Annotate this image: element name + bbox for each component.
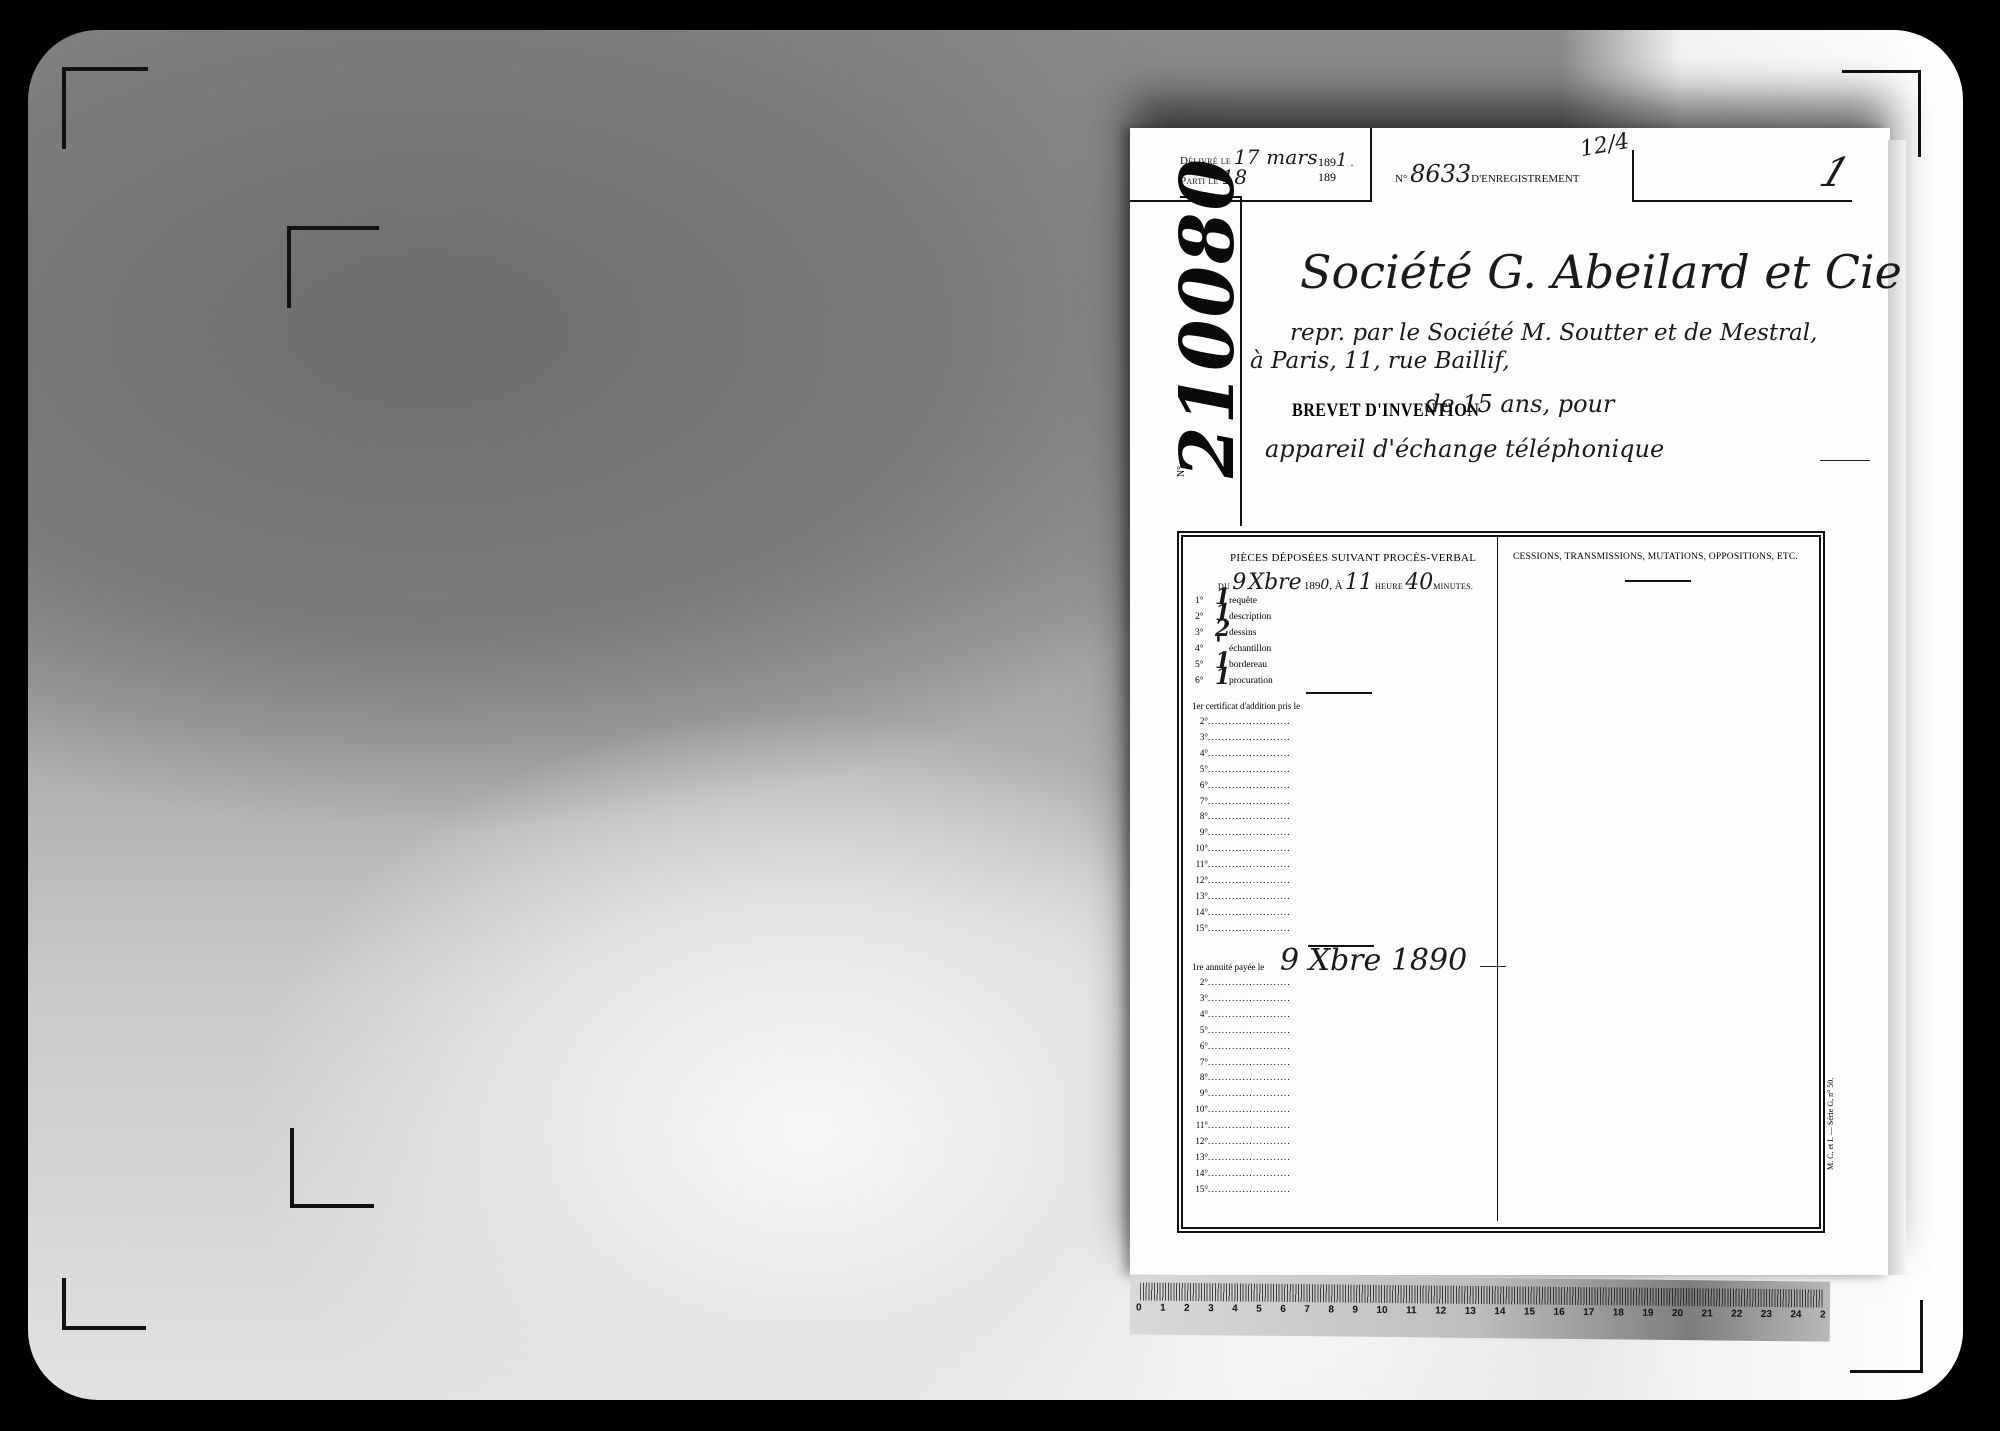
representative-line: repr. par le Société M. Soutter et de Me… [1290, 320, 1817, 346]
dotted-row: 3°........................ [1190, 732, 1291, 742]
ruler-label: 14 [1494, 1306, 1505, 1322]
registration-line: N° 8633D'ENREGISTREMENT [1395, 160, 1579, 188]
duration: de 15 ans, pour [1425, 390, 1614, 418]
ruler-label: 13 [1465, 1306, 1476, 1322]
dotted-row: 4°........................ [1190, 748, 1291, 758]
deposit-day: 9 [1232, 570, 1246, 595]
dotted-row: 12°........................ [1190, 875, 1291, 885]
invention-object: appareil d'échange téléphonique [1265, 435, 1664, 463]
piece-item: 3°2dessins [1195, 628, 1256, 638]
patent-number-prefix: N° [1176, 466, 1187, 477]
address-line: à Paris, 11, rue Baillif, [1250, 348, 1510, 374]
ruler-label: 7 [1304, 1304, 1310, 1320]
holder-name: Société G. Abeilard et Cie [1300, 245, 1902, 299]
dotted-row: 11°........................ [1190, 859, 1291, 869]
crop-mark-bottom-left [62, 1278, 146, 1330]
dotted-row: 13°........................ [1190, 891, 1291, 901]
piece-item: 4°'échantillon [1195, 644, 1271, 654]
crop-mark-inner-bottom-left [290, 1128, 374, 1208]
dotted-row: 7°........................ [1190, 796, 1291, 806]
ruler-label: 19 [1642, 1308, 1653, 1324]
registration-number: 8633 [1410, 160, 1471, 188]
ruler-label: 2 [1184, 1303, 1190, 1319]
pieces-title: PIÈCES DÉPOSÉES SUIVANT PROCÈS-VERBAL [1230, 552, 1476, 564]
deposit-minutes: 40 [1405, 570, 1433, 595]
ruler-label: 9 [1352, 1305, 1358, 1321]
dotted-row: 2°........................ [1190, 977, 1291, 987]
left-year: 189 [1318, 170, 1336, 185]
ruler-label: 10 [1376, 1305, 1387, 1321]
deposit-month: Xbre [1248, 570, 1301, 595]
ruler-label: 4 [1232, 1303, 1238, 1319]
piece-item: 5°1bordereau [1195, 660, 1267, 670]
annuity-first-label: 1re annuité payée le [1192, 962, 1264, 972]
card-edge [1888, 140, 1906, 1275]
ruler-label: 5 [1256, 1304, 1262, 1320]
dotted-row: 3°........................ [1190, 993, 1291, 1003]
dotted-row: 8°........................ [1190, 1072, 1291, 1082]
ruler-label: 22 [1731, 1309, 1742, 1325]
ruler-label: 12 [1435, 1306, 1446, 1322]
cessions-rule [1625, 580, 1691, 582]
dotted-row: 5°........................ [1190, 764, 1291, 774]
pieces-rule [1306, 692, 1372, 694]
deposit-date-line: DU 9 Xbre 1890, À 11 HEURE 40MINUTES. [1218, 570, 1473, 595]
dotted-row: 14°........................ [1190, 1168, 1291, 1178]
ruler-label: 6 [1280, 1304, 1286, 1320]
cessions-title: CESSIONS, TRANSMISSIONS, MUTATIONS, OPPO… [1513, 552, 1798, 562]
measuring-ruler: 0123456789101112131415161718192021222324… [1130, 1274, 1831, 1341]
dotted-row: 5°........................ [1190, 1025, 1291, 1035]
dotted-row: 10°........................ [1190, 843, 1291, 853]
form-reference: M. C. et I. — Série G, n° 50. [1826, 1078, 1835, 1170]
ruler-label: 11 [1406, 1305, 1417, 1321]
ruler-label: 16 [1553, 1307, 1564, 1323]
dotted-row: 15°........................ [1190, 1184, 1291, 1194]
dotted-row: 6°........................ [1190, 1041, 1291, 1051]
dotted-row: 8°........................ [1190, 811, 1291, 821]
patent-number: 210080 [1165, 157, 1251, 478]
dotted-row: 7°........................ [1190, 1057, 1291, 1067]
ruler-label: 0 [1136, 1302, 1142, 1318]
dotted-row: 2°........................ [1190, 716, 1291, 726]
dotted-row: 12°........................ [1190, 1136, 1291, 1146]
ruler-label: 24 [1790, 1309, 1801, 1325]
ruler-label: 2 [1820, 1310, 1826, 1326]
deposit-hour: 11 [1345, 570, 1373, 595]
crop-mark-bottom-right [1850, 1300, 1923, 1373]
dash [1820, 460, 1870, 461]
dotted-row: 10°........................ [1190, 1104, 1291, 1114]
piece-item: 2°1description [1195, 612, 1271, 622]
dotted-row: 6°........................ [1190, 780, 1291, 790]
certificate-first-label: 1er certificat d'addition pris le [1192, 701, 1300, 711]
crop-mark-inner-top-left [287, 226, 379, 308]
column-divider [1497, 537, 1498, 1221]
dotted-row: 14°........................ [1190, 907, 1291, 917]
ruler-label: 23 [1761, 1309, 1772, 1325]
dotted-row: 15°........................ [1190, 923, 1291, 933]
annuity-dash [1480, 966, 1506, 967]
crop-mark-top-left [62, 67, 148, 149]
ruler-label: 1 [1160, 1303, 1166, 1319]
dotted-row: 9°........................ [1190, 1088, 1291, 1098]
dotted-row: 11°........................ [1190, 1120, 1291, 1130]
ruler-label: 15 [1524, 1306, 1535, 1322]
dotted-row: 13°........................ [1190, 1152, 1291, 1162]
dotted-row: 9°........................ [1190, 827, 1291, 837]
delivered-year: 1891 . [1318, 150, 1353, 171]
ruler-label: 8 [1328, 1304, 1334, 1320]
dotted-row: 4°........................ [1190, 1009, 1291, 1019]
ruler-label: 20 [1672, 1308, 1683, 1324]
ruler-label: 18 [1613, 1307, 1624, 1323]
ruler-label: 21 [1701, 1308, 1712, 1324]
ruler-label: 17 [1583, 1307, 1594, 1323]
annuity-first-value: 9 Xbre 1890 [1280, 943, 1467, 978]
ruler-label: 3 [1208, 1303, 1214, 1319]
piece-item: 6°1procuration [1195, 676, 1273, 686]
